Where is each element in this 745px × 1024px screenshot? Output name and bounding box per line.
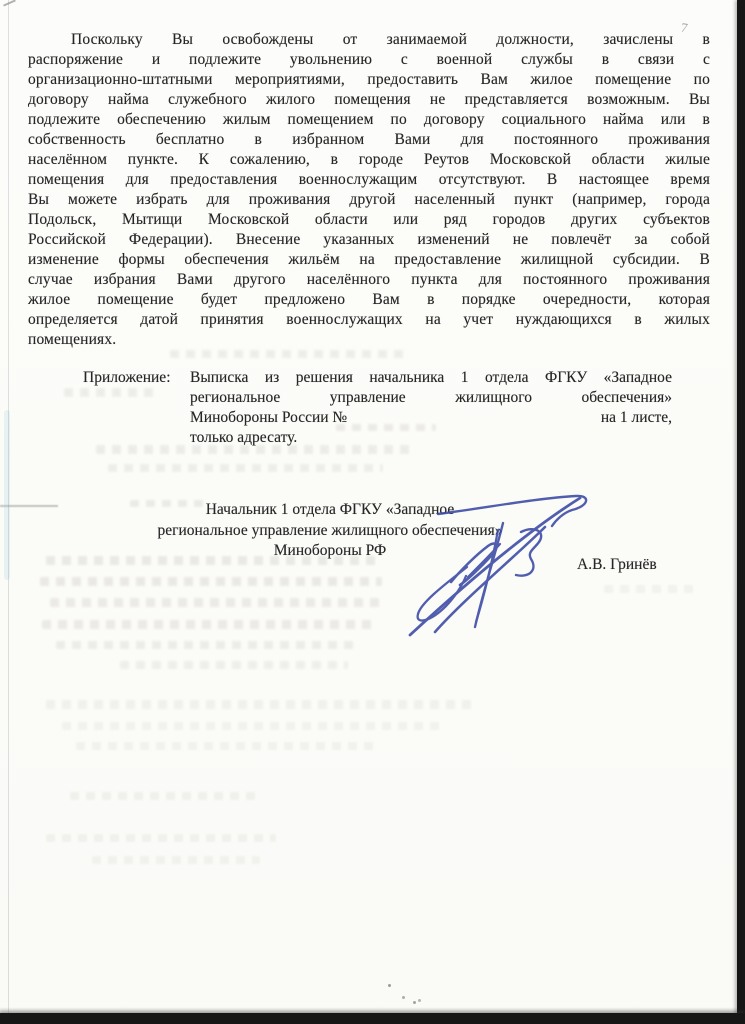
bleed-through-smudge xyxy=(76,742,374,750)
bleed-through-smudge xyxy=(604,585,694,593)
bleed-through-smudge xyxy=(120,661,348,669)
attachment-line: Выписка из решения начальника 1 отдела Ф… xyxy=(190,368,672,388)
attachment-number-right: на 1 листе, xyxy=(601,408,672,428)
bleed-through-smudge xyxy=(50,598,380,607)
paragraph-line: Вы можете избрать для проживания другой … xyxy=(28,190,710,210)
paragraph-line: подлежите обеспечению жилым помещением п… xyxy=(28,110,710,130)
paragraph-line: собственность бесплатно в избранном Вами… xyxy=(28,130,710,150)
paragraph-line: распоряжение и подлежите увольнению с во… xyxy=(28,50,710,70)
body-paragraph: Поскольку Вы освобождены от занимаемой д… xyxy=(28,30,710,350)
bleed-through-smudge xyxy=(108,464,383,472)
paragraph-line: случае избрания Вами другого населённого… xyxy=(28,270,710,290)
paragraph-line: жилое помещение будет предложено Вам в п… xyxy=(28,290,710,310)
bleed-through-smudge xyxy=(40,577,382,586)
attachment-line: региональное управление жилищного обеспе… xyxy=(190,388,672,408)
attachment-body: Выписка из решения начальника 1 отдела Ф… xyxy=(190,368,672,448)
paragraph-line: организационно-штатными мероприятиями, п… xyxy=(28,70,710,90)
scanner-edge-right xyxy=(737,0,745,1024)
paragraph-line: Российской Федерации). Внесение указанны… xyxy=(28,230,710,250)
attachment-number-left: Минобороны России № xyxy=(190,408,347,428)
paragraph-line: населённом пункте. К сожалению, в городе… xyxy=(28,150,710,170)
paragraph-line: изменение формы обеспечения жильём на пр… xyxy=(28,250,710,270)
scan-left-edge-line xyxy=(8,0,9,1024)
handwritten-signature xyxy=(358,482,608,662)
attachment-label: Приложение: xyxy=(83,368,171,388)
paragraph-line: помещения для предоставления военнослужа… xyxy=(28,170,710,190)
bleed-through-smudge xyxy=(56,641,354,649)
bleed-through-smudge xyxy=(46,700,474,709)
paragraph-line: определяется датой принятия военнослужащ… xyxy=(28,310,710,330)
bleed-through-smudge xyxy=(62,722,440,730)
bleed-through-smudge xyxy=(70,792,260,800)
paragraph-line: Поскольку Вы освобождены от занимаемой д… xyxy=(28,30,710,50)
bleed-through-smudge xyxy=(46,834,276,842)
bleed-through-smudge xyxy=(170,350,410,358)
bleed-through-smudge xyxy=(64,388,154,397)
scan-left-tint xyxy=(4,410,10,580)
paragraph-line: Подольск, Мытищи Московской области или … xyxy=(28,210,710,230)
attachment-line-addressee: только адресату. xyxy=(190,428,672,448)
scan-corner-mark xyxy=(3,0,16,7)
attachment-line-number: Минобороны России № на 1 листе, xyxy=(190,408,672,428)
paragraph-line: помещениях. xyxy=(28,330,710,350)
bleed-through-smudge xyxy=(42,620,378,629)
scanned-letter-page: Поскольку Вы освобождены от занимаемой д… xyxy=(0,0,745,1024)
scanner-edge-bottom xyxy=(0,1013,745,1024)
scan-ink-dots xyxy=(388,984,391,987)
bleed-through-smudge xyxy=(92,856,260,864)
attachment-justified-lines: Выписка из решения начальника 1 отдела Ф… xyxy=(190,368,672,408)
paragraph-line: договору найма служебного жилого помещен… xyxy=(28,90,710,110)
